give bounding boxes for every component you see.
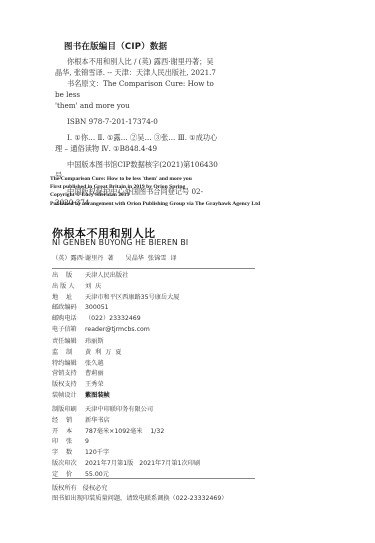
info-row: 版权支持王秀荣 xyxy=(52,380,312,391)
info-label: 出 版 人 xyxy=(52,282,85,293)
copyright-page: 图书在版编目（CIP）数据 你根本不用和别人比 / (英) 露西·谢里丹著；吴 … xyxy=(0,0,375,543)
book-title-pinyin: NI GENBEN BUYONG HE BIEREN BI xyxy=(52,238,188,247)
info-row: 特约编辑张久越 xyxy=(52,359,312,370)
info-row: 出 版天津人民出版社 xyxy=(52,271,312,282)
info-label: 印 张 xyxy=(52,437,85,448)
info-row: 出 版 人刘 庆 xyxy=(52,282,312,293)
info-value: 曹莉丽 xyxy=(85,369,312,380)
info-label: 责任编辑 xyxy=(52,337,85,348)
info-label: 地 址 xyxy=(52,293,85,304)
editorial-info-table: 责任编辑玮丽斯 监 制黄 利 万 夏 特约编辑张久越 营销支持曹莉丽 版权支持王… xyxy=(52,337,312,402)
info-value: 天津人民出版社 xyxy=(85,271,312,282)
info-row: 制版印刷天津中印联印务有限公司 xyxy=(52,405,312,416)
info-row: 邮政编码300051 xyxy=(52,303,312,314)
authors-translators: （英）露西·谢里丹 著 吴晶华 张锦雪 译 xyxy=(52,253,177,262)
info-row: 字 数120千字 xyxy=(52,448,312,459)
info-value: 玮丽斯 xyxy=(85,337,312,348)
info-value: 120千字 xyxy=(85,448,312,459)
english-line: The Comparison Cure: How to be less 'the… xyxy=(50,175,370,183)
info-value: 9 xyxy=(85,437,312,448)
info-label: 经 销 xyxy=(52,416,85,427)
cip-line: 你根本不用和别人比 / (英) 露西·谢里丹著；吴 xyxy=(55,56,220,67)
divider xyxy=(52,478,255,479)
english-line: Published by arrangement with Orion Publ… xyxy=(50,200,370,208)
info-label: 字 数 xyxy=(52,448,85,459)
info-row: 经 销新华书店 xyxy=(52,416,312,427)
info-value: 刘 庆 xyxy=(85,282,312,293)
info-label: 监 制 xyxy=(52,348,85,359)
info-value: 300051 xyxy=(85,303,312,314)
info-value: 新华书店 xyxy=(85,416,312,427)
cip-line: 'them' and more you xyxy=(55,100,220,111)
cip-line: 书名原文：The Comparison Cure: How to be less xyxy=(55,78,220,100)
design-studio-value: 紫图装帧 xyxy=(85,391,312,402)
info-label: 版权支持 xyxy=(52,380,85,391)
copyright-notice: 版权所有 侵权必究 图书如出现印装质量问题，请致电联系调换（022-233324… xyxy=(52,484,227,504)
english-line: First published in Great Britain in 2019… xyxy=(50,183,370,191)
quality-contact: 图书如出现印装质量问题，请致电联系调换（022-23332469） xyxy=(52,494,227,504)
info-row: 版次印次2021年7月第1版 2021年7月第1次印刷 xyxy=(52,459,312,470)
cip-line: Ⅰ. ①你… Ⅱ. ①露… ②吴… ③张… Ⅲ. ①成功心 xyxy=(55,132,220,143)
info-row: 邮购电话（022）23332469 xyxy=(52,314,312,325)
info-label: 版次印次 xyxy=(52,459,85,470)
english-rights-block: The Comparison Cure: How to be less 'the… xyxy=(50,175,370,208)
info-row: 监 制黄 利 万 夏 xyxy=(52,348,312,359)
info-row: 装帧设计紫图装帧 xyxy=(52,391,312,402)
info-row: 责任编辑玮丽斯 xyxy=(52,337,312,348)
cip-heading: 图书在版编目（CIP）数据 xyxy=(64,40,167,52)
cip-line: 理 – 通俗读物 Ⅳ. ①B848.4-49 xyxy=(55,143,220,154)
info-value: 黄 利 万 夏 xyxy=(85,348,312,359)
info-label: 营销支持 xyxy=(52,369,85,380)
info-value: 天津市和平区西康路35号康岳大厦 xyxy=(85,293,312,304)
info-row: 开 本787毫米×1092毫米 1/32 xyxy=(52,427,312,438)
rights-reserved: 版权所有 侵权必究 xyxy=(52,484,227,494)
info-label: 出 版 xyxy=(52,271,85,282)
info-label: 制版印刷 xyxy=(52,405,85,416)
info-value: 王秀荣 xyxy=(85,380,312,391)
info-row: 电子信箱reader@tjrmcbs.com xyxy=(52,325,312,336)
divider xyxy=(52,268,255,269)
email-value: reader@tjrmcbs.com xyxy=(85,325,312,336)
info-value: 张久越 xyxy=(85,359,312,370)
info-row: 营销支持曹莉丽 xyxy=(52,369,312,380)
isbn-line: ISBN 978-7-201-17374-0 xyxy=(55,116,220,127)
info-value: 787毫米×1092毫米 1/32 xyxy=(85,427,312,438)
info-label: 邮政编码 xyxy=(52,303,85,314)
info-label: 邮购电话 xyxy=(52,314,85,325)
info-value: （022）23332469 xyxy=(85,314,312,325)
print-info-table: 制版印刷天津中印联印务有限公司 经 销新华书店 开 本787毫米×1092毫米 … xyxy=(52,405,312,481)
publisher-info-table: 出 版天津人民出版社 出 版 人刘 庆 地 址天津市和平区西康路35号康岳大厦 … xyxy=(52,271,312,336)
info-label: 开 本 xyxy=(52,427,85,438)
info-value: 天津中印联印务有限公司 xyxy=(85,405,312,416)
info-label: 装帧设计 xyxy=(52,391,85,402)
info-label: 电子信箱 xyxy=(52,325,85,336)
info-value: 2021年7月第1版 2021年7月第1次印刷 xyxy=(85,459,312,470)
english-line: Copyright © Lucy Sheridan 2019 xyxy=(50,191,370,199)
cip-line: 晶华, 张锦雪译. -- 天津：天津人民出版社, 2021.7 xyxy=(55,67,220,78)
info-row: 印 张9 xyxy=(52,437,312,448)
info-label: 特约编辑 xyxy=(52,359,85,370)
info-row: 地 址天津市和平区西康路35号康岳大厦 xyxy=(52,293,312,304)
